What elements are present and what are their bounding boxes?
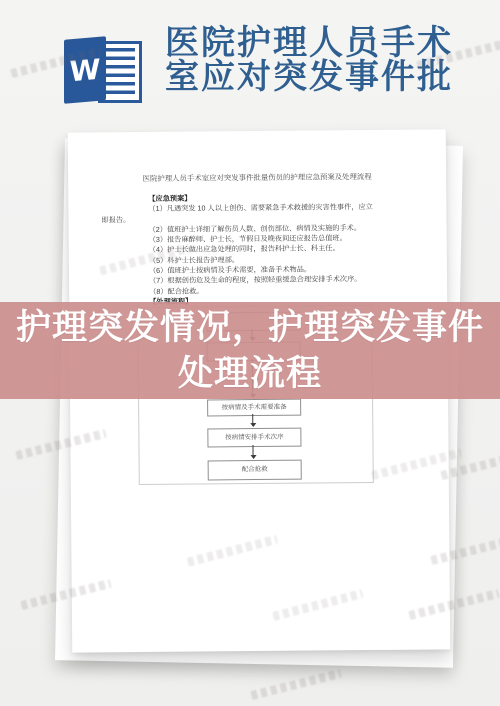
flow-arrow-icon	[252, 414, 253, 426]
flow-arrow-icon	[252, 445, 253, 458]
page-title-line2: 室应对突发事件批	[165, 61, 495, 95]
flow-box: 按病情安排手术次序	[207, 428, 301, 448]
document-body: 【应急预案】 （1）凡遇突发 10 人以上创伤、需要紧急手术救援的灾害性事件，应…	[101, 191, 433, 307]
banner-text-line1: 护理突发情况，护理突发事件	[0, 305, 500, 351]
watermark-smudge	[272, 589, 363, 621]
flow-box: 配合抢救	[208, 460, 302, 481]
watermark-smudge	[187, 535, 278, 567]
overlay-banner[interactable]: 护理突发情况，护理突发事件 处理流程	[0, 302, 500, 399]
word-icon-cover: W	[64, 36, 106, 104]
flow-box: 按病情及手术需要准备	[207, 399, 301, 417]
page: W 医院护理人员手术 室应对突发事件批 医院护理人员手术室应对突发事件批量伤员的…	[0, 0, 500, 706]
word-file-icon: W	[62, 30, 144, 112]
header: W 医院护理人员手术 室应对突发事件批	[0, 0, 500, 131]
document-title: 医院护理人员手术室应对突发事件批量伤员的护理应急预案及处理流程	[68, 170, 446, 184]
word-icon-text-lines	[105, 48, 135, 96]
banner-text-line2: 处理流程	[0, 351, 500, 397]
watermark-smudge	[250, 669, 341, 700]
